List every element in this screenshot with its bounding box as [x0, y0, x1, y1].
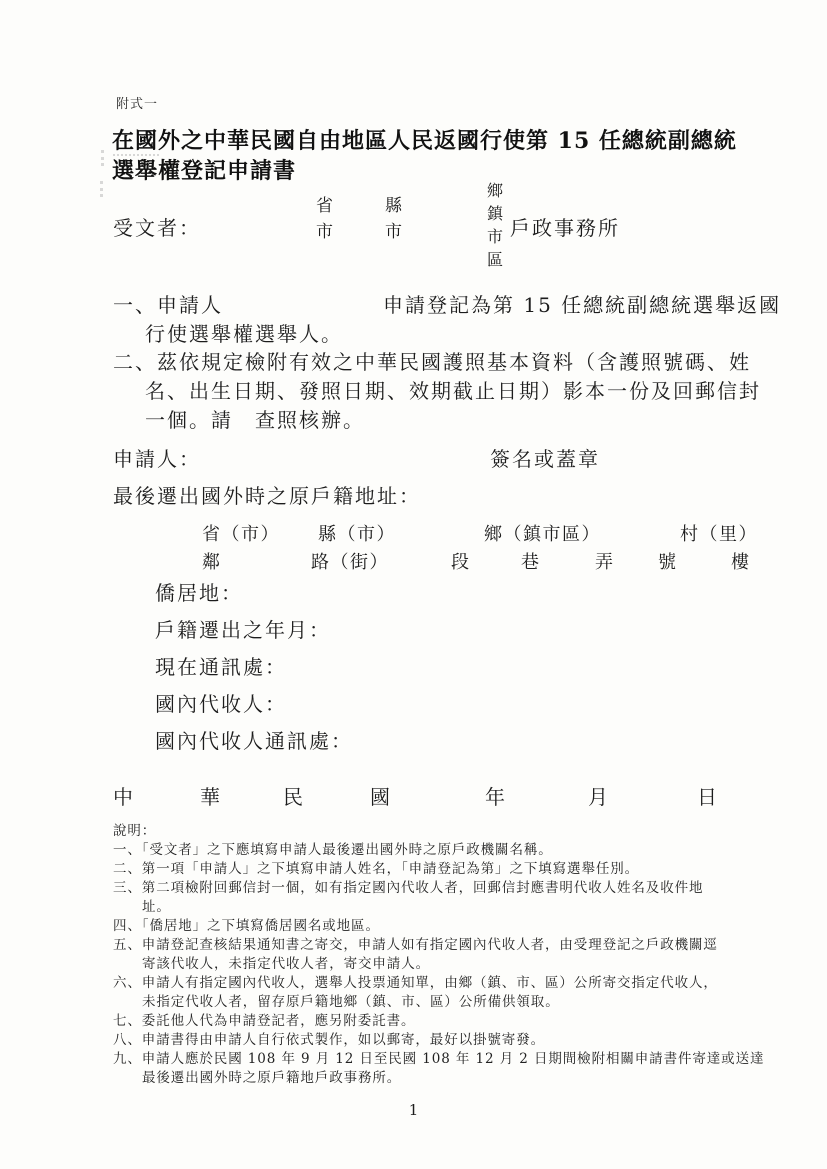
notes-section: 說明： 一、「受文者」之下應填寫申請人最後遷出國外時之原戶政機關名稱。 二、第一… — [113, 822, 773, 1088]
item-2-line1: 二、茲依規定檢附有效之中華民國護照基本資料（含護照號碼、姓 — [113, 348, 761, 377]
form-title: 在國外之中華民國自由地區人民返國行使第 15 任總統副總統 選舉權登記申請書 — [112, 126, 737, 186]
form-code: 附式一 — [116, 93, 158, 112]
date-char-month: 月 — [588, 781, 608, 810]
township-char: 鎮 — [487, 202, 503, 225]
item-1-line2: 行使選舉權選舉人。 — [145, 320, 781, 349]
township-char: 區 — [487, 248, 503, 271]
notes-heading: 說明： — [113, 822, 773, 841]
addr-lane: 巷 — [521, 548, 541, 574]
date-char-zhong: 中 — [113, 781, 133, 810]
item-2-line2: 名、出生日期、發照日期、效期截止日期）影本一份及回郵信封 — [145, 377, 761, 406]
addr-neighborhood: 鄰 — [202, 548, 222, 574]
field-domestic-agent: 國內代收人： — [155, 688, 287, 717]
addr-number: 號 — [658, 548, 678, 574]
addr-section: 段 — [451, 548, 471, 574]
item-1-applicant-label: 一、申請人 — [113, 293, 223, 317]
note-8: 八、申請書得由申請人自行依式製作，如以郵寄，最好以掛號寄發。 — [113, 1031, 773, 1050]
addr-province-city: 省（市） — [202, 520, 280, 546]
addr-county-city: 縣（市） — [318, 520, 396, 546]
item-1-registration-text: 申請登記為第 15 任總統副總統選舉返國 — [383, 293, 781, 317]
note-1: 一、「受文者」之下應填寫申請人最後遷出國外時之原戶政機關名稱。 — [113, 841, 773, 860]
former-address-heading: 最後遷出國外時之原戶籍地址： — [113, 482, 421, 511]
note-5-line2: 寄該代收人，未指定代收人者，寄交申請人。 — [142, 955, 773, 974]
field-agent-contact: 國內代收人通訊處： — [155, 725, 353, 754]
note-6-line2: 未指定代收人者，留存原戶籍地鄉（鎮、市、區）公所備供領取。 — [142, 993, 773, 1012]
date-char-day: 日 — [697, 781, 717, 810]
note-9-line2: 最後遷出國外時之原戶籍地戶政事務所。 — [142, 1069, 773, 1088]
note-7: 七、委託他人代為申請登記者，應另附委託書。 — [113, 1012, 773, 1031]
province-city-char: 市 — [316, 219, 333, 245]
note-3-line2: 址。 — [142, 898, 773, 917]
addr-alley: 弄 — [595, 548, 615, 574]
date-char-hua: 華 — [200, 781, 220, 810]
county-char: 縣 — [385, 193, 402, 219]
item-1-line1: 一、申請人申請登記為第 15 任總統副總統選舉返國 — [113, 291, 781, 320]
scan-artifact — [101, 150, 104, 166]
township-char: 市 — [487, 225, 503, 248]
household-office-label: 戶政事務所 — [510, 214, 620, 243]
note-4: 四、「僑居地」之下填寫僑居國名或地區。 — [113, 917, 773, 936]
county-city-stack: 縣 市 — [385, 193, 402, 245]
field-current-contact: 現在通訊處： — [155, 651, 287, 680]
page-number: 1 — [0, 1101, 827, 1119]
township-char: 鄉 — [487, 179, 503, 202]
addr-township: 鄉（鎮市區） — [484, 520, 601, 546]
province-char: 省 — [316, 193, 333, 219]
note-2: 二、第一項「申請人」之下填寫申請人姓名，「申請登記為第」之下填寫選舉任別。 — [113, 860, 773, 879]
item-2-line3: 一個。請 查照核辦。 — [145, 406, 761, 435]
note-9-line1: 九、申請人應於民國 108 年 9 月 12 日至民國 108 年 12 月 2… — [113, 1050, 773, 1069]
scanned-form-page: 附式一 在國外之中華民國自由地區人民返國行使第 15 任總統副總統 選舉權登記申… — [0, 0, 827, 1169]
form-title-line1: 在國外之中華民國自由地區人民返國行使第 15 任總統副總統 — [112, 126, 737, 156]
note-5-line1: 五、申請登記查核結果通知書之寄交，申請人如有指定國內代收人者，由受理登記之戶政機… — [113, 936, 773, 955]
date-char-guo: 國 — [370, 781, 390, 810]
addr-road-street: 路（街） — [311, 548, 389, 574]
addr-floor: 樓 — [731, 548, 751, 574]
recipient-label: 受文者： — [113, 214, 201, 243]
note-6-line1: 六、申請人有指定國內代收人，選舉人投票通知單，由鄉（鎮、市、區）公所寄交指定代收… — [113, 974, 773, 993]
scan-artifact — [100, 181, 103, 197]
county-city-char: 市 — [385, 219, 402, 245]
form-title-line2: 選舉權登記申請書 — [112, 156, 737, 186]
item-2: 二、茲依規定檢附有效之中華民國護照基本資料（含護照號碼、姓 名、出生日期、發照日… — [113, 348, 761, 435]
signature-or-seal-hint: 簽名或蓋章 — [490, 445, 600, 474]
field-overseas-residence: 僑居地： — [155, 577, 243, 606]
applicant-label: 申請人： — [113, 445, 201, 474]
addr-village: 村（里） — [680, 520, 758, 546]
date-char-year: 年 — [485, 781, 505, 810]
township-stack: 鄉 鎮 市 區 — [487, 179, 503, 271]
province-city-stack: 省 市 — [316, 193, 333, 245]
field-moveout-year-month: 戶籍遷出之年月： — [155, 614, 331, 643]
note-3-line1: 三、第二項檢附回郵信封一個，如有指定國內代收人者，回郵信封應書明代收人姓名及收件… — [113, 879, 773, 898]
date-char-min: 民 — [283, 781, 303, 810]
item-1: 一、申請人申請登記為第 15 任總統副總統選舉返國 行使選舉權選舉人。 — [113, 291, 781, 349]
